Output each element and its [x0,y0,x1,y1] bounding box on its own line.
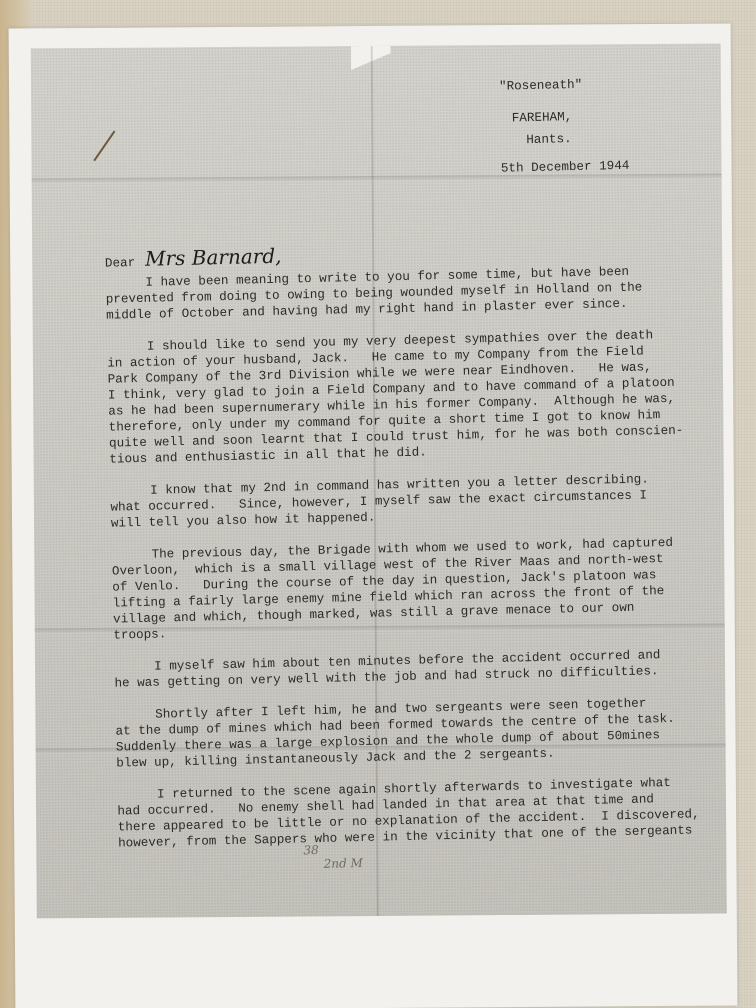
letter-paragraph: Shortly after I left him, he and two ser… [115,694,696,771]
letter-paragraph: I should like to send you my very deepes… [107,327,690,468]
letter-paragraph: I know that my 2nd in command has writte… [110,470,691,531]
salutation: DearMrs Barnard, [105,248,282,272]
letter-paragraph: I myself saw him about ten minutes befor… [114,646,695,691]
letter-body: I have been meaning to write to you for … [105,263,698,868]
address-town: FAREHAM, [512,108,629,127]
address-house: "Roseneath" [499,76,628,95]
letter-date: 5th December 1944 [501,158,630,177]
pencil-note-line: 38 [303,842,362,857]
letter-paragraph: I returned to the scene again shortly af… [117,774,698,851]
salutation-word: Dear [105,256,136,271]
letter-sheet: "Roseneath" FAREHAM, Hants. 5th December… [9,23,738,1008]
sender-address: "Roseneath" FAREHAM, Hants. 5th December… [481,76,630,177]
pencil-note-line: 2nd M [324,856,363,871]
letter-paragraph: The previous day, the Brigade with whom … [111,534,693,643]
handwritten-recipient: Mrs Barnard, [145,244,282,271]
fold-crease-horizontal [32,174,722,185]
pin-mark [93,130,115,161]
pencil-note: 38 2nd M [303,842,363,871]
address-county: Hants. [526,130,629,148]
